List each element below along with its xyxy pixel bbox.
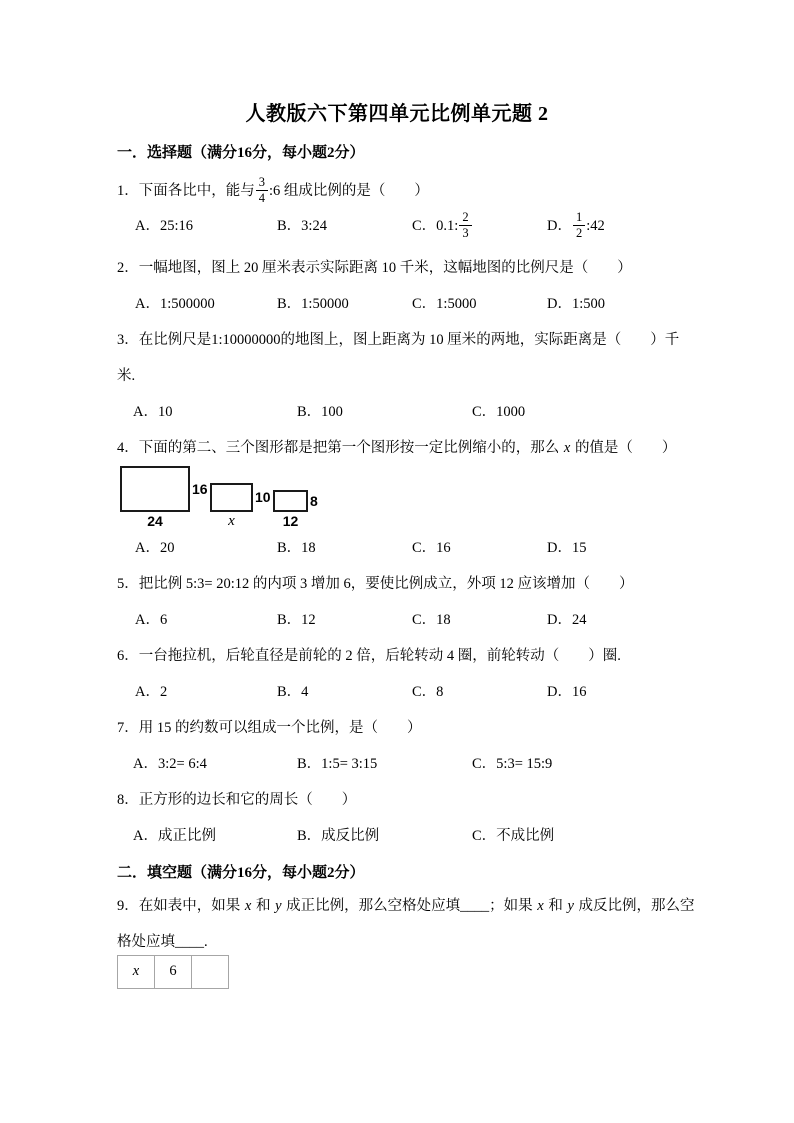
fraction-denominator: 4 xyxy=(256,191,268,205)
options-row: A．6B．12C．18D．24 xyxy=(117,611,695,630)
question-text-line: 8．正方形的边长和它的周长（ ） xyxy=(117,791,695,810)
rectangle-shape xyxy=(120,466,190,512)
text-run: 1:5000 xyxy=(436,296,476,312)
question-text-line: 米. xyxy=(117,367,695,386)
rect-side-label: 10 xyxy=(255,488,271,506)
question-text-line: 格处应填____. xyxy=(117,933,695,952)
table-cell: 6 xyxy=(155,955,192,988)
option-a: A．6 xyxy=(135,611,277,630)
text-run: 16 xyxy=(436,540,451,556)
option-label: C． xyxy=(412,612,436,628)
variable: y xyxy=(566,898,574,914)
variable: x xyxy=(536,898,544,914)
text-run: 9．在如表中，如果 xyxy=(117,898,244,914)
text-run: 6 xyxy=(169,963,176,979)
option-label: C． xyxy=(472,756,496,772)
text-run: 0.1: xyxy=(436,218,458,234)
option-label: C． xyxy=(472,828,496,844)
fraction: 23 xyxy=(459,211,471,240)
question-q4: 4．下面的第二、三个图形都是把第一个图形按一定比例缩小的，那么 x 的值是（ ）… xyxy=(117,439,695,558)
option-a: A．20 xyxy=(135,539,277,558)
question-q1: 1．下面各比中，能与34:6 组成比例的是（ ）A．25:16B．3:24C．0… xyxy=(117,177,695,242)
option-d: D．12:42 xyxy=(547,212,605,241)
question-text-line: 5．把比例 5:3= 20:12 的内项 3 增加 6，要使比例成立，外项 12… xyxy=(117,575,695,594)
options-row: A．1:500000B．1:50000C．1:5000D．1:500 xyxy=(117,295,695,314)
option-c: C．1000 xyxy=(472,403,525,422)
text-run: 20 xyxy=(160,540,175,556)
option-d: D．15 xyxy=(547,539,586,558)
table-row: x6 xyxy=(118,955,229,988)
text-run: 5．把比例 5:3= 20:12 的内项 3 增加 6，要使比例成立，外项 12… xyxy=(117,576,633,592)
text-run: 2 xyxy=(160,684,167,700)
question-text-line: 1．下面各比中，能与34:6 组成比例的是（ ） xyxy=(117,177,695,206)
text-run: 100 xyxy=(321,404,343,420)
fraction-denominator: 3 xyxy=(459,226,471,240)
option-b: B．18 xyxy=(277,539,412,558)
option-label: A． xyxy=(135,540,160,556)
rectangle-figure-item: 812 xyxy=(273,490,308,531)
fraction-denominator: 2 xyxy=(573,226,585,240)
text-run: 16 xyxy=(572,684,587,700)
text-run: 3:24 xyxy=(301,218,327,234)
question-text-line: 4．下面的第二、三个图形都是把第一个图形按一定比例缩小的，那么 x 的值是（ ） xyxy=(117,439,695,458)
option-label: A． xyxy=(133,828,158,844)
option-a: A．成正比例 xyxy=(133,827,297,846)
option-label: A． xyxy=(135,684,160,700)
table-cell: x xyxy=(118,955,155,988)
options-row: A．25:16B．3:24C．0.1:23D．12:42 xyxy=(117,212,695,241)
options-row: A．3:2= 6:4B．1:5= 3:15C．5:3= 15:9 xyxy=(117,755,695,774)
option-label: C． xyxy=(472,404,496,420)
text-run: 1:5= 3:15 xyxy=(321,756,377,772)
text-run: 8 xyxy=(436,684,443,700)
variable: y xyxy=(274,898,282,914)
option-label: C． xyxy=(412,296,436,312)
option-a: A．1:500000 xyxy=(135,295,277,314)
option-c: C．不成比例 xyxy=(472,827,554,846)
text-run: :42 xyxy=(586,218,605,234)
section-heading: 一．选择题（满分16分，每小题2分） xyxy=(117,143,695,163)
rect-bottom-label: x xyxy=(210,512,253,531)
fraction-numerator: 2 xyxy=(459,211,471,226)
option-c: C．5:3= 15:9 xyxy=(472,755,552,774)
scaled-rectangles-figure: 162410x812 xyxy=(117,466,695,531)
option-label: C． xyxy=(412,540,436,556)
question-q6: 6．一台拖拉机，后轮直径是前轮的 2 倍，后轮转动 4 圈，前轮转动（ ）圈.A… xyxy=(117,647,695,702)
option-label: B． xyxy=(277,218,301,234)
option-d: D．24 xyxy=(547,611,586,630)
text-run: 成反比例 xyxy=(321,828,379,844)
question-text-line: 2．一幅地图，图上 20 厘米表示实际距离 10 千米，这幅地图的比例尺是（ ） xyxy=(117,259,695,278)
question-text-line: 7．用 15 的约数可以组成一个比例，是（ ） xyxy=(117,719,695,738)
text-run: 4 xyxy=(301,684,308,700)
option-c: C．1:5000 xyxy=(412,295,547,314)
text-run: 3:2= 6:4 xyxy=(158,756,207,772)
text-run: 不成比例 xyxy=(496,828,554,844)
text-run: 7．用 15 的约数可以组成一个比例，是（ ） xyxy=(117,720,422,736)
question-text-line: 6．一台拖拉机，后轮直径是前轮的 2 倍，后轮转动 4 圈，前轮转动（ ）圈. xyxy=(117,647,695,666)
option-c: C．0.1:23 xyxy=(412,212,547,241)
text-run: 5:3= 15:9 xyxy=(496,756,552,772)
text-run: 4．下面的第二、三个图形都是把第一个图形按一定比例缩小的，那么 xyxy=(117,440,563,456)
option-d: D．16 xyxy=(547,683,586,702)
option-label: B． xyxy=(277,540,301,556)
option-label: A． xyxy=(135,218,160,234)
text-run: :6 组成比例的是（ ） xyxy=(269,183,429,199)
option-b: B．成反比例 xyxy=(297,827,472,846)
option-label: B． xyxy=(297,756,321,772)
text-run: 8．正方形的边长和它的周长（ ） xyxy=(117,792,356,808)
option-label: D． xyxy=(547,296,572,312)
option-label: A． xyxy=(133,756,158,772)
option-a: A．2 xyxy=(135,683,277,702)
option-label: C． xyxy=(412,684,436,700)
option-b: B．4 xyxy=(277,683,412,702)
text-run: 米. xyxy=(117,368,135,384)
option-label: D． xyxy=(547,684,572,700)
table-cell xyxy=(192,955,229,988)
option-label: D． xyxy=(547,612,572,628)
section-heading: 二．填空题（满分16分，每小题2分） xyxy=(117,863,695,883)
option-label: B． xyxy=(297,828,321,844)
option-label: A． xyxy=(135,612,160,628)
option-b: B．3:24 xyxy=(277,217,412,236)
options-row: A．2B．4C．8D．16 xyxy=(117,683,695,702)
text-run: 1:500 xyxy=(572,296,605,312)
text-run: 和 xyxy=(545,898,567,914)
text-run: 1．下面各比中，能与 xyxy=(117,183,255,199)
text-run: 成反比例，那么空 xyxy=(575,898,695,914)
option-b: B．1:50000 xyxy=(277,295,412,314)
text-run: 成正比例，那么空格处应填____；如果 xyxy=(283,898,537,914)
text-run: 2．一幅地图，图上 20 厘米表示实际距离 10 千米，这幅地图的比例尺是（ ） xyxy=(117,260,632,276)
options-row: A．成正比例B．成反比例C．不成比例 xyxy=(117,827,695,846)
option-label: A． xyxy=(135,296,160,312)
option-b: B．12 xyxy=(277,611,412,630)
option-c: C．8 xyxy=(412,683,547,702)
text-run: 成正比例 xyxy=(158,828,216,844)
option-label: C． xyxy=(412,218,436,234)
option-label: B． xyxy=(277,612,301,628)
text-run: 25:16 xyxy=(160,218,193,234)
rectangle-figure-item: 1624 xyxy=(120,466,190,531)
rectangle-shape xyxy=(273,490,308,512)
question-q8: 8．正方形的边长和它的周长（ ）A．成正比例B．成反比例C．不成比例 xyxy=(117,791,695,846)
option-c: C．18 xyxy=(412,611,547,630)
rect-bottom-label: 24 xyxy=(120,512,190,531)
option-label: D． xyxy=(547,218,572,234)
option-label: B． xyxy=(277,296,301,312)
question-text-line: 3．在比例尺是1:10000000的地图上，图上距离为 10 厘米的两地，实际距… xyxy=(117,331,695,350)
option-b: B．1:5= 3:15 xyxy=(297,755,472,774)
text-run: 1:500000 xyxy=(160,296,215,312)
xy-table: x6 xyxy=(117,955,229,989)
text-run: 6．一台拖拉机，后轮直径是前轮的 2 倍，后轮转动 4 圈，前轮转动（ ）圈. xyxy=(117,648,621,664)
doc-content: 一．选择题（满分16分，每小题2分）1．下面各比中，能与34:6 组成比例的是（… xyxy=(117,143,695,989)
text-run: 6 xyxy=(160,612,167,628)
rect-side-label: 16 xyxy=(192,480,208,498)
fraction: 34 xyxy=(256,176,268,205)
question-q5: 5．把比例 5:3= 20:12 的内项 3 增加 6，要使比例成立，外项 12… xyxy=(117,575,695,630)
text-run: 的值是（ ） xyxy=(571,440,676,456)
question-text-line: 9．在如表中，如果 x 和 y 成正比例，那么空格处应填____；如果 x 和 … xyxy=(117,897,695,916)
question-q9: 9．在如表中，如果 x 和 y 成正比例，那么空格处应填____；如果 x 和 … xyxy=(117,897,695,989)
text-run: 3．在比例尺是1:10000000的地图上，图上距离为 10 厘米的两地，实际距… xyxy=(117,332,679,348)
text-run: 15 xyxy=(572,540,587,556)
options-row: A．10B．100C．1000 xyxy=(117,403,695,422)
document-page: 人教版六下第四单元比例单元题 2 一．选择题（满分16分，每小题2分）1．下面各… xyxy=(0,0,794,1123)
text-run: 格处应填____. xyxy=(117,934,208,950)
option-d: D．1:500 xyxy=(547,295,605,314)
variable: x xyxy=(132,963,140,979)
rectangle-figure-item: 10x xyxy=(210,483,253,531)
question-q2: 2．一幅地图，图上 20 厘米表示实际距离 10 千米，这幅地图的比例尺是（ ）… xyxy=(117,259,695,314)
rectangle-shape xyxy=(210,483,253,512)
fraction: 12 xyxy=(573,211,585,240)
doc-title: 人教版六下第四单元比例单元题 2 xyxy=(0,101,794,127)
text-run: 1:50000 xyxy=(301,296,349,312)
option-a: A．10 xyxy=(133,403,297,422)
question-q3: 3．在比例尺是1:10000000的地图上，图上距离为 10 厘米的两地，实际距… xyxy=(117,331,695,422)
fraction-numerator: 1 xyxy=(573,211,585,226)
option-label: B． xyxy=(277,684,301,700)
option-a: A．25:16 xyxy=(135,217,277,236)
text-run: 18 xyxy=(301,540,316,556)
options-row: A．20B．18C．16D．15 xyxy=(117,539,695,558)
option-label: D． xyxy=(547,540,572,556)
text-run: 和 xyxy=(252,898,274,914)
text-run: 10 xyxy=(158,404,173,420)
option-c: C．16 xyxy=(412,539,547,558)
rect-bottom-label: 12 xyxy=(273,512,308,531)
option-b: B．100 xyxy=(297,403,472,422)
text-run: 1000 xyxy=(496,404,525,420)
option-label: A． xyxy=(133,404,158,420)
rect-side-label: 8 xyxy=(310,492,318,510)
question-q7: 7．用 15 的约数可以组成一个比例，是（ ）A．3:2= 6:4B．1:5= … xyxy=(117,719,695,774)
text-run: 18 xyxy=(436,612,451,628)
option-a: A．3:2= 6:4 xyxy=(133,755,297,774)
fraction-numerator: 3 xyxy=(256,176,268,191)
text-run: 12 xyxy=(301,612,316,628)
option-label: B． xyxy=(297,404,321,420)
text-run: 24 xyxy=(572,612,587,628)
